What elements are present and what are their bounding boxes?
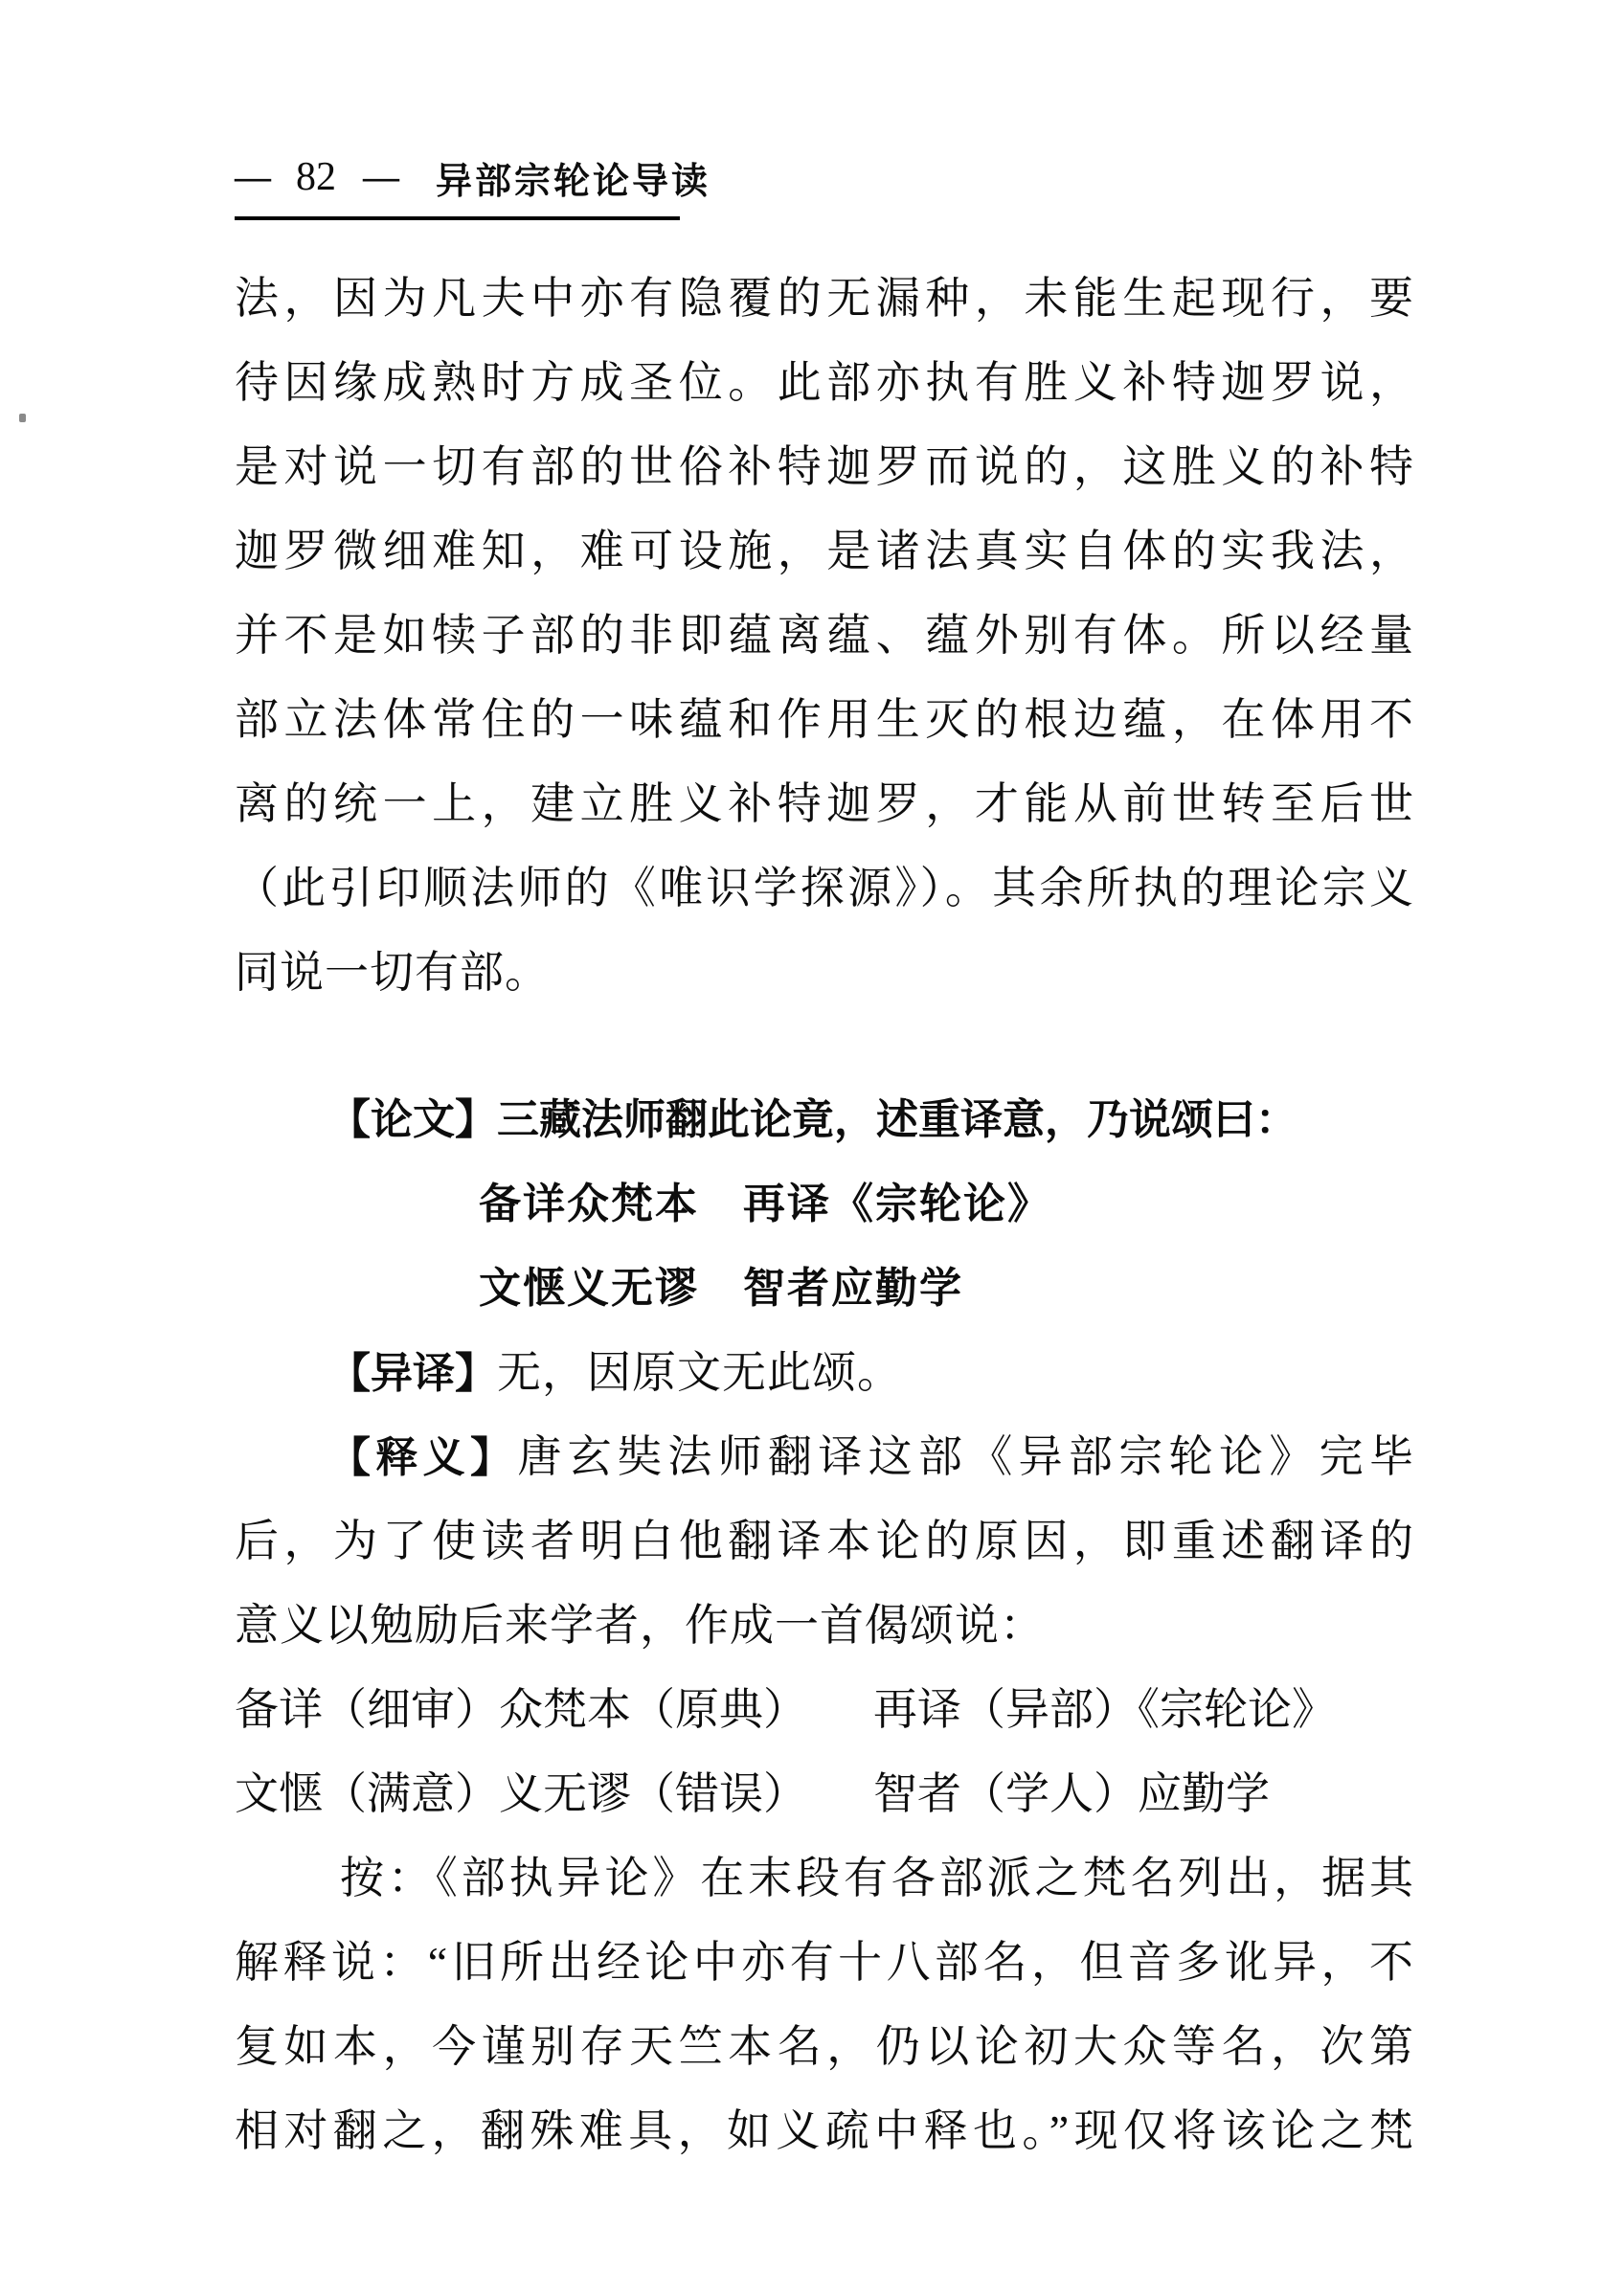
gloss-line: 文惬（满意）义无谬（错误） 智者（学人）应勤学 <box>235 1752 1414 1836</box>
section-gap <box>235 1015 1414 1078</box>
body-line: 法，因为凡夫中亦有隐覆的无漏种，未能生起现行，要 <box>235 257 1414 341</box>
book-page: — 82 — 异部宗轮论导读 法，因为凡夫中亦有隐覆的无漏种，未能生起现行，要 … <box>0 0 1624 2295</box>
note-line: 按：《部执异论》在末段有各部派之梵名列出，据其 <box>235 1836 1414 1921</box>
page-body: 法，因为凡夫中亦有隐覆的无漏种，未能生起现行，要 待因缘成熟时方成圣位。此部亦执… <box>235 257 1414 2173</box>
running-header: — 82 — 异部宗轮论导读 <box>235 153 710 201</box>
yiyi-line: 【异译】无，因原文无此颂。 <box>235 1331 1414 1415</box>
note-line: 相对翻之，翻殊难具，如义疏中释也。”现仅将该论之梵 <box>235 2089 1414 2173</box>
scan-speck <box>19 414 26 422</box>
note-line: 解释说：“旧所出经论中亦有十八部名，但音多讹异，不 <box>235 1921 1414 2005</box>
body-line: 并不是如犊子部的非即蕴离蕴、蕴外别有体。所以经量 <box>235 594 1414 678</box>
header-dash-right: — <box>363 156 399 198</box>
shiyi-label: 【释义】 <box>328 1434 517 1481</box>
page-number: 82 <box>296 154 336 200</box>
note-line: 复如本，今谨别存天竺本名，仍以论初大众等名，次第 <box>235 2005 1414 2089</box>
body-line: 同说一切有部。 <box>235 931 1414 1015</box>
body-line: 意义以勉励后来学者，作成一首偈颂说： <box>235 1584 1414 1668</box>
body-line: 离的统一上，建立胜义补特迦罗，才能从前世转至后世 <box>235 762 1414 846</box>
gloss-line: 备详（细审）众梵本（原典） 再译（异部）《宗轮论》 <box>235 1668 1414 1752</box>
body-line: （此引印顺法师的《唯识学探源》）。其余所执的理论宗义 <box>235 846 1414 931</box>
body-line: 是对说一切有部的世俗补特迦罗而说的，这胜义的补特 <box>235 425 1414 509</box>
book-title: 异部宗轮论导读 <box>436 151 710 204</box>
body-line: 后，为了使读者明白他翻译本论的原因，即重述翻译的 <box>235 1499 1414 1584</box>
header-dash-left: — <box>235 156 271 198</box>
yiyi-text: 无，因原文无此颂。 <box>497 1348 902 1397</box>
body-line: 迦罗微细难知，难可设施，是诸法真实自体的实我法， <box>235 509 1414 594</box>
body-line: 待因缘成熟时方成圣位。此部亦执有胜义补特迦罗说， <box>235 341 1414 425</box>
lunwen-heading: 【论文】三藏法师翻此论竟，述重译意，乃说颂曰： <box>235 1078 1414 1162</box>
verse-line: 文惬义无谬 智者应勤学 <box>235 1247 1414 1331</box>
verse-line: 备详众梵本 再译《宗轮论》 <box>235 1162 1414 1247</box>
shiyi-intro: 唐玄奘法师翻译这部《异部宗轮论》完毕 <box>517 1432 1414 1481</box>
yiyi-label: 【异译】 <box>328 1350 497 1397</box>
shiyi-line: 【释义】唐玄奘法师翻译这部《异部宗轮论》完毕 <box>235 1415 1414 1499</box>
lunwen-text: 三藏法师翻此论竟，述重译意，乃说颂曰： <box>497 1096 1297 1143</box>
body-line: 部立法体常住的一味蕴和作用生灭的根边蕴，在体用不 <box>235 678 1414 762</box>
header-rule <box>235 216 680 220</box>
lunwen-label: 【论文】 <box>328 1096 497 1143</box>
